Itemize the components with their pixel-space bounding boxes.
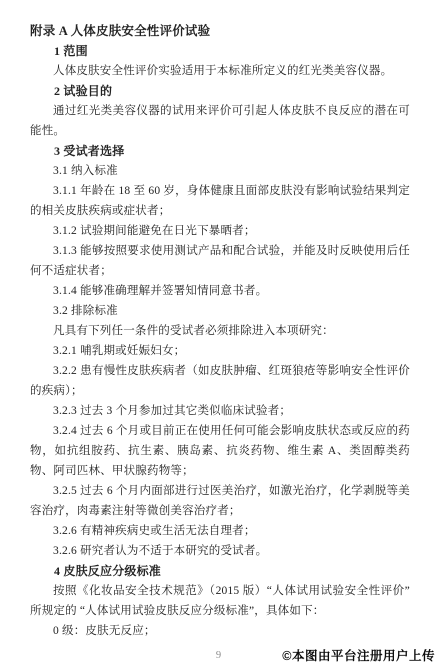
document-page: 附录 A 人体皮肤安全性评价试验 1 范围人体皮肤安全性评价实验适用于本标准所定…: [0, 0, 437, 668]
section-heading: 3 受试者选择: [30, 141, 410, 161]
paragraph: 3.1 纳入标准: [30, 161, 410, 181]
paragraph: 0 级：皮肤无反应；: [30, 621, 410, 641]
paragraph: 3.2.3 过去 3 个月参加过其它类似临床试验者；: [30, 401, 410, 421]
paragraph: 人体皮肤安全性评价实验适用于本标准所定义的红光类美容仪器。: [30, 61, 410, 81]
paragraph: 3.2.5 过去 6 个月内面部进行过医美治疗，如激光治疗，化学剥脱等美容治疗，…: [30, 481, 410, 521]
paragraph: 按照《化妆品安全技术规范》（2015 版）“人体试用试验安全性评价” 所规定的 …: [30, 581, 410, 621]
document-title: 附录 A 人体皮肤安全性评价试验: [30, 21, 410, 41]
document-blocks: 1 范围人体皮肤安全性评价实验适用于本标准所定义的红光类美容仪器。2 试验目的通…: [30, 41, 410, 641]
watermark: ©本图由平台注册用户上传: [282, 646, 435, 664]
paragraph: 3.1.3 能够按照要求使用测试产品和配合试验，并能及时反映使用后任何不适症状者…: [30, 241, 410, 281]
paragraph: 凡具有下列任一条件的受试者必须排除进入本项研究：: [30, 321, 410, 341]
paragraph: 3.2.2 患有慢性皮肤疾病者（如皮肤肿瘤、红斑狼疮等影响安全性评价的疾病）；: [30, 361, 410, 401]
paragraph: 3.2.6 有精神疾病史或生活无法自理者；: [30, 521, 410, 541]
paragraph: 通过红光类美容仪器的试用来评价可引起人体皮肤不良反应的潜在可能性。: [30, 101, 410, 141]
paragraph: 3.2.4 过去 6 个月或目前正在使用任何可能会影响皮肤状态或反应的药物，如抗…: [30, 421, 410, 481]
paragraph: 3.1.4 能够准确理解并签署知情同意书者。: [30, 281, 410, 301]
paragraph: 3.2.6 研究者认为不适于本研究的受试者。: [30, 541, 410, 561]
paragraph: 3.1.2 试验期间能避免在日光下暴晒者；: [30, 221, 410, 241]
section-heading: 2 试验目的: [30, 81, 410, 101]
paragraph: 3.2.1 哺乳期或妊娠妇女；: [30, 341, 410, 361]
paragraph: 3.2 排除标准: [30, 301, 410, 321]
document-body: 附录 A 人体皮肤安全性评价试验 1 范围人体皮肤安全性评价实验适用于本标准所定…: [0, 0, 437, 641]
section-heading: 4 皮肤反应分级标准: [30, 561, 410, 581]
paragraph: 3.1.1 年龄在 18 至 60 岁，身体健康且面部皮肤没有影响试验结果判定的…: [30, 181, 410, 221]
section-heading: 1 范围: [30, 41, 410, 61]
